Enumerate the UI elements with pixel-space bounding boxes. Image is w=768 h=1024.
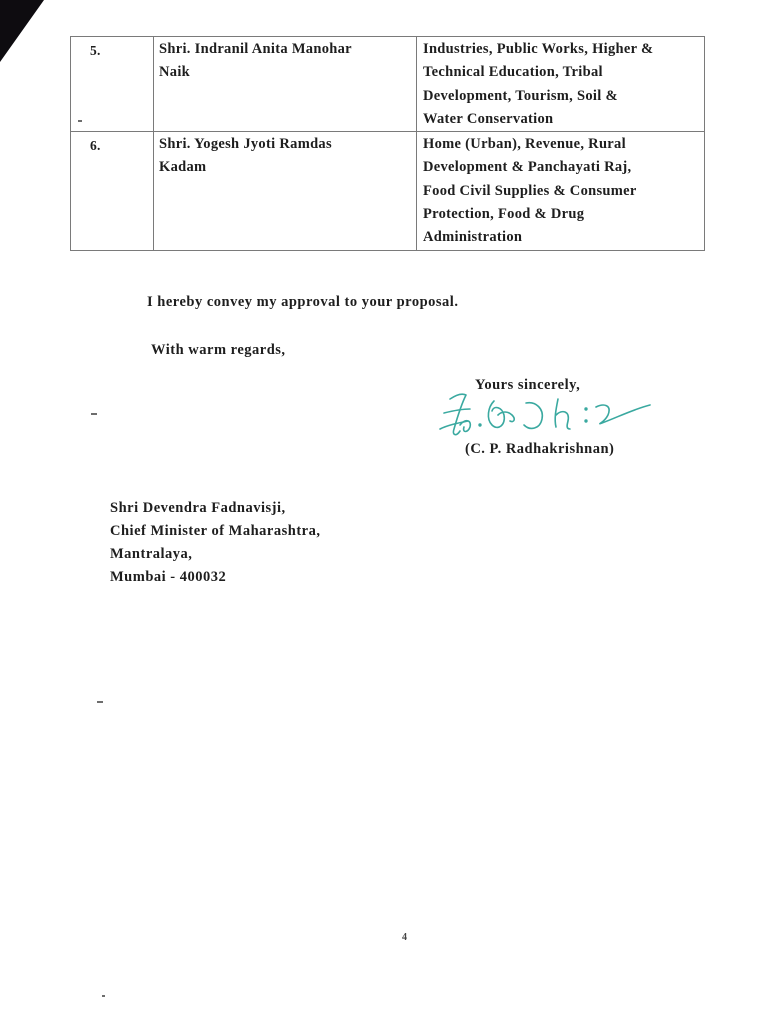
addressee-line: Mantralaya, bbox=[110, 543, 320, 566]
portfolio-line: Technical Education, Tribal bbox=[423, 61, 704, 84]
minister-name-line: Shri. Yogesh Jyoti Ramdas bbox=[159, 133, 416, 156]
scan-speck bbox=[78, 120, 82, 122]
addressee-block: Shri Devendra Fadnavisji, Chief Minister… bbox=[110, 497, 320, 589]
portfolio-line: Protection, Food & Drug bbox=[423, 203, 704, 226]
ministers-portfolio-table: 5. Shri. Indranil Anita Manohar Naik Ind… bbox=[70, 36, 672, 251]
addressee-line: Mumbai - 400032 bbox=[110, 566, 320, 589]
addressee-line: Shri Devendra Fadnavisji, bbox=[110, 497, 320, 520]
serial-number: 6. bbox=[90, 133, 101, 157]
serial-number-cell: 5. bbox=[71, 37, 154, 132]
table-row: 5. Shri. Indranil Anita Manohar Naik Ind… bbox=[71, 37, 705, 132]
portfolio-cell: Home (Urban), Revenue, Rural Development… bbox=[417, 132, 705, 250]
portfolio-line: Administration bbox=[423, 226, 704, 249]
regards-line: With warm regards, bbox=[151, 342, 286, 359]
scan-speck bbox=[97, 701, 103, 703]
scan-speck bbox=[102, 995, 105, 997]
approval-statement: I hereby convey my approval to your prop… bbox=[147, 294, 458, 311]
portfolio-line: Food Civil Supplies & Consumer bbox=[423, 180, 704, 203]
scan-corner-shadow bbox=[0, 0, 44, 62]
portfolio-line: Development & Panchayati Raj, bbox=[423, 156, 704, 179]
serial-number-cell: 6. bbox=[71, 132, 154, 250]
page-number: 4 bbox=[402, 932, 407, 943]
minister-name-cell: Shri. Indranil Anita Manohar Naik bbox=[154, 37, 417, 132]
signatory-name: (C. P. Radhakrishnan) bbox=[465, 441, 614, 458]
table-row: 6. Shri. Yogesh Jyoti Ramdas Kadam Home … bbox=[71, 132, 705, 250]
portfolio-line: Home (Urban), Revenue, Rural bbox=[423, 133, 704, 156]
signature-icon bbox=[436, 385, 656, 445]
minister-name-cell: Shri. Yogesh Jyoti Ramdas Kadam bbox=[154, 132, 417, 250]
portfolio-line: Water Conservation bbox=[423, 108, 704, 131]
minister-name-line: Shri. Indranil Anita Manohar bbox=[159, 38, 416, 61]
minister-name-line: Naik bbox=[159, 61, 416, 84]
minister-name-line: Kadam bbox=[159, 156, 416, 179]
portfolio-cell: Industries, Public Works, Higher & Techn… bbox=[417, 37, 705, 132]
serial-number: 5. bbox=[90, 38, 101, 62]
addressee-line: Chief Minister of Maharashtra, bbox=[110, 520, 320, 543]
portfolio-line: Industries, Public Works, Higher & bbox=[423, 38, 704, 61]
portfolio-line: Development, Tourism, Soil & bbox=[423, 85, 704, 108]
scan-speck bbox=[91, 413, 97, 415]
